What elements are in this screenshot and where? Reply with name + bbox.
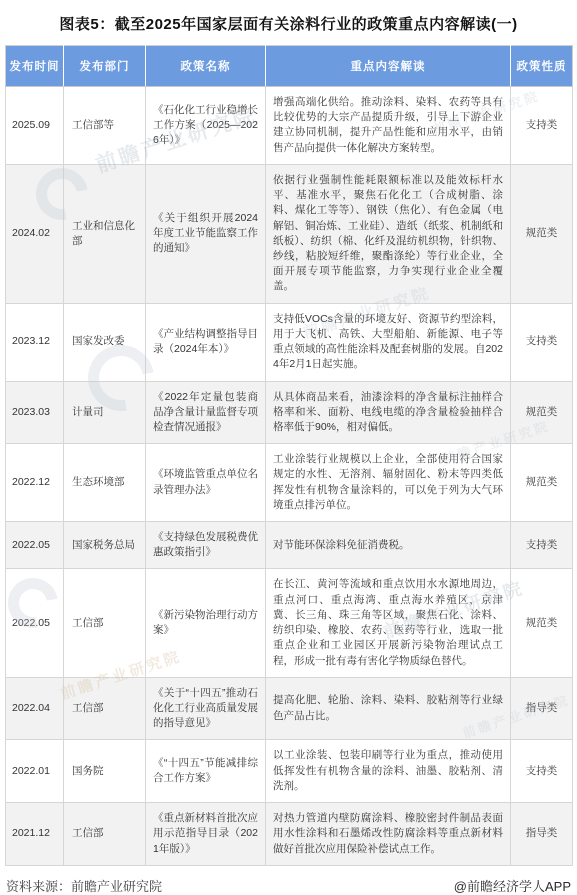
- cell-department: 生态环境部: [64, 444, 146, 522]
- cell-publish-date: 2023.12: [6, 303, 64, 381]
- cell-publish-date: 2025.09: [6, 87, 64, 165]
- policy-table-container: 发布时间 发布部门 政策名称 重点内容解读 政策性质 2025.09 工信部等 …: [5, 45, 572, 866]
- cell-department: 工业和信息化部: [64, 164, 146, 303]
- header-row: 发布时间 发布部门 政策名称 重点内容解读 政策性质: [6, 46, 573, 87]
- cell-department: 工信部等: [64, 87, 146, 165]
- table-row: 2022.01 国务院 《“十四五”节能减排综合工作方案》 以工业涂装、包装印刷…: [6, 740, 573, 803]
- column-header-key-content: 重点内容解读: [266, 46, 511, 87]
- cell-policy-nature: 支持类: [511, 303, 573, 381]
- cell-key-content: 对节能环保涂料免征消费税。: [266, 522, 511, 569]
- cell-publish-date: 2022.01: [6, 740, 64, 803]
- cell-department: 工信部: [64, 569, 146, 677]
- cell-policy-nature: 支持类: [511, 740, 573, 803]
- source-note: 资料来源：前瞻产业研究院: [6, 876, 162, 895]
- table-row: 2022.05 工信部 《新污染物治理行动方案》 在长江、黄河等流域和重点饮用水…: [6, 569, 573, 677]
- credit-note: @前瞻经济学人APP: [454, 876, 571, 895]
- figure-title: 图表5：截至2025年国家层面有关涂料行业的政策重点内容解读(一): [0, 0, 577, 45]
- cell-publish-date: 2022.05: [6, 569, 64, 677]
- cell-policy-nature: 规范类: [511, 444, 573, 522]
- cell-policy-name: 《重点新材料首批次应用示范指导目录（2021年版）》: [146, 803, 266, 866]
- cell-policy-nature: 支持类: [511, 87, 573, 165]
- cell-key-content: 支持低VOCs含量的环境友好、资源节约型涂料，用于大飞机、高铁、大型船舶、新能源…: [266, 303, 511, 381]
- cell-policy-nature: 规范类: [511, 569, 573, 677]
- cell-key-content: 工业涂装行业规模以上企业，全部使用符合国家规定的水性、无溶剂、辐射固化、粉末等四…: [266, 444, 511, 522]
- cell-policy-nature: 规范类: [511, 381, 573, 444]
- cell-policy-name: 《关于组织开展2024年度工业节能监察工作的通知》: [146, 164, 266, 303]
- table-row: 2024.02 工业和信息化部 《关于组织开展2024年度工业节能监察工作的通知…: [6, 164, 573, 303]
- cell-key-content: 增强高端化供给。推动涂料、染料、农药等具有比较优势的大宗产品提质升级，引导上下游…: [266, 87, 511, 165]
- cell-department: 工信部: [64, 803, 146, 866]
- cell-policy-nature: 规范类: [511, 164, 573, 303]
- cell-publish-date: 2022.12: [6, 444, 64, 522]
- cell-key-content: 以工业涂装、包装印刷等行业为重点，推动使用低挥发性有机物含量的涂料、油墨、胶粘剂…: [266, 740, 511, 803]
- cell-key-content: 在长江、黄河等流域和重点饮用水水源地周边，重点河口、重点海湾、重点海水养殖区，京…: [266, 569, 511, 677]
- cell-publish-date: 2022.05: [6, 522, 64, 569]
- cell-publish-date: 2022.04: [6, 677, 64, 740]
- cell-policy-name: 《石化化工行业稳增长工作方案（2025—2026年）》: [146, 87, 266, 165]
- table-row: 2023.12 国家发改委 《产业结构调整指导目录（2024年本）》 支持低VO…: [6, 303, 573, 381]
- cell-policy-nature: 支持类: [511, 522, 573, 569]
- cell-publish-date: 2024.02: [6, 164, 64, 303]
- cell-publish-date: 2023.03: [6, 381, 64, 444]
- cell-key-content: 提高化肥、轮胎、涂料、染料、胶粘剂等行业绿色产品占比。: [266, 677, 511, 740]
- policy-table: 发布时间 发布部门 政策名称 重点内容解读 政策性质 2025.09 工信部等 …: [5, 45, 573, 866]
- cell-policy-name: 《关于“十四五”推动石化化工行业高质量发展的指导意见》: [146, 677, 266, 740]
- cell-policy-name: 《产业结构调整指导目录（2024年本）》: [146, 303, 266, 381]
- cell-policy-name: 《环境监管重点单位名录管理办法》: [146, 444, 266, 522]
- cell-key-content: 依据行业强制性能耗限额标准以及能效标杆水平、基准水平，聚焦石化化工（合成树脂、涂…: [266, 164, 511, 303]
- cell-department: 工信部: [64, 677, 146, 740]
- cell-policy-name: 《“十四五”节能减排综合工作方案》: [146, 740, 266, 803]
- cell-policy-name: 《新污染物治理行动方案》: [146, 569, 266, 677]
- column-header-department: 发布部门: [64, 46, 146, 87]
- cell-key-content: 对热力管道内壁防腐涂料、橡胶密封件制品表面用水性涂料和石墨烯改性防腐涂料等重点新…: [266, 803, 511, 866]
- cell-department: 计量司: [64, 381, 146, 444]
- cell-policy-name: 《支持绿色发展税费优惠政策指引》: [146, 522, 266, 569]
- table-row: 2022.04 工信部 《关于“十四五”推动石化化工行业高质量发展的指导意见》 …: [6, 677, 573, 740]
- cell-publish-date: 2021.12: [6, 803, 64, 866]
- table-row: 2025.09 工信部等 《石化化工行业稳增长工作方案（2025—2026年）》…: [6, 87, 573, 165]
- table-row: 2023.03 计量司 《2022年定量包装商品净含量计量监督专项检查情况通报》…: [6, 381, 573, 444]
- cell-department: 国家发改委: [64, 303, 146, 381]
- cell-policy-name: 《2022年定量包装商品净含量计量监督专项检查情况通报》: [146, 381, 266, 444]
- figure-footer: 资料来源：前瞻产业研究院 @前瞻经济学人APP: [6, 876, 571, 895]
- cell-policy-nature: 指导类: [511, 677, 573, 740]
- table-row: 2021.12 工信部 《重点新材料首批次应用示范指导目录（2021年版）》 对…: [6, 803, 573, 866]
- cell-department: 国家税务总局: [64, 522, 146, 569]
- column-header-publish-date: 发布时间: [6, 46, 64, 87]
- table-row: 2022.05 国家税务总局 《支持绿色发展税费优惠政策指引》 对节能环保涂料免…: [6, 522, 573, 569]
- column-header-policy-nature: 政策性质: [511, 46, 573, 87]
- report-figure: 图表5：截至2025年国家层面有关涂料行业的政策重点内容解读(一) 发布时间 发…: [0, 0, 577, 895]
- cell-policy-nature: 指导类: [511, 803, 573, 866]
- table-row: 2022.12 生态环境部 《环境监管重点单位名录管理办法》 工业涂装行业规模以…: [6, 444, 573, 522]
- cell-department: 国务院: [64, 740, 146, 803]
- column-header-policy-name: 政策名称: [146, 46, 266, 87]
- cell-key-content: 从具体商品来看，油漆涂料的净含量标注抽样合格率和米、面粉、电线电缆的净含量检验抽…: [266, 381, 511, 444]
